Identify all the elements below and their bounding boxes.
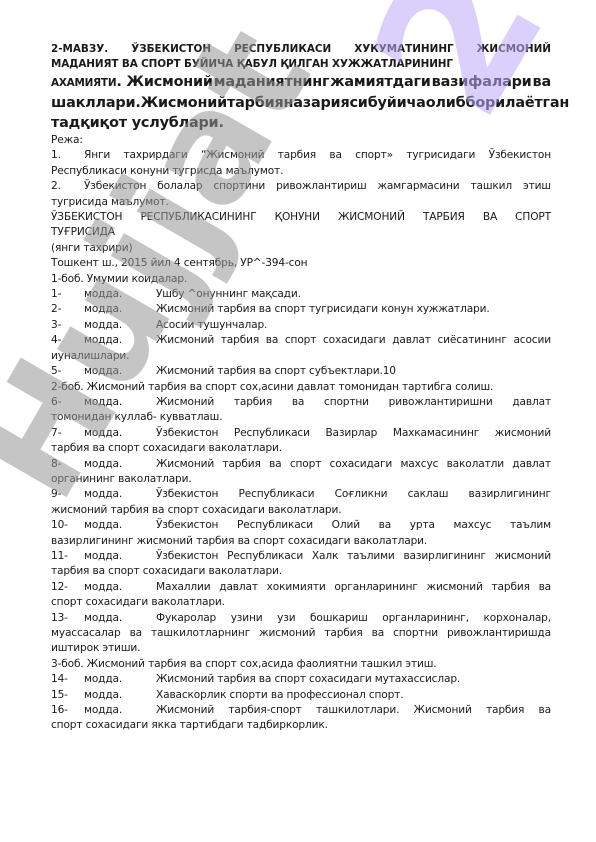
word: сиёсатининг xyxy=(437,333,506,348)
word: борилаётган xyxy=(465,93,569,113)
word: таълим xyxy=(510,518,551,533)
word: Ўзбекистон xyxy=(156,426,218,441)
article-number: 8- xyxy=(51,457,84,472)
article-number: 7- xyxy=(51,426,84,441)
word: СПОРТ xyxy=(515,210,551,225)
plan-item-text: Янгитахрирдаги“Жисмонийтарбияваспорт»туг… xyxy=(84,148,551,163)
word: Вазирлар xyxy=(325,426,377,441)
article-word: модда. xyxy=(84,318,156,333)
article-number: 5- xyxy=(51,364,84,379)
article-title: Жисмоний тарбия ва спорт сохасидаги мута… xyxy=(156,672,551,687)
word: вазирлигининг xyxy=(403,549,485,564)
article-continuation: тарбия ва спорт сохасидаги ваколатлари. xyxy=(51,564,551,579)
article-word: модда. xyxy=(84,518,156,533)
word: Янги xyxy=(84,148,110,163)
word: тарбия xyxy=(324,626,362,641)
word: жисмоний xyxy=(495,426,551,441)
word: ва xyxy=(539,703,551,718)
word: вазифалари xyxy=(432,72,532,93)
word: Республикаси xyxy=(234,426,310,441)
word: Жисмоний xyxy=(414,703,472,718)
heading-line-5: тадқиқот услублари. xyxy=(51,113,551,133)
article-title: Асосии тушунчалар. xyxy=(156,318,551,333)
word: махсус xyxy=(400,457,438,472)
word: Жисмоний xyxy=(156,395,214,410)
article-row: 9-модда.ЎзбекистонРеспубликасиСоғликниса… xyxy=(51,487,551,502)
word: Ўзбекистон xyxy=(156,549,218,564)
article-row: 4-модда.Жисмонийтарбияваспортсохасидагид… xyxy=(51,333,551,348)
article-row: 12-модда.Махаллиидавлатхокимиятиорганлар… xyxy=(51,580,551,595)
chapters: 1-боб. Умумии коидалар.1-модда.Ушбу ^ону… xyxy=(51,272,551,734)
word: саклаш xyxy=(408,487,449,502)
article-number: 4- xyxy=(51,333,84,348)
word: тарбия-спорт xyxy=(228,703,301,718)
article-word: модда. xyxy=(84,487,156,502)
word: этиш xyxy=(523,179,551,194)
word: спортни xyxy=(324,395,369,410)
article-title: ЎзбекистонРеспубликасиВазирларМахкамасин… xyxy=(156,426,551,441)
article-continuation: иуналишлари. xyxy=(51,349,551,364)
document-body: Режа: 1.Янгитахрирдаги“Жисмонийтарбиявас… xyxy=(51,133,551,734)
article-title: Махаллиидавлатхокимиятиорганларинингжисм… xyxy=(156,580,551,595)
heading-line-3: АХАМИЯТИ. Жисмониймаданиятнингжамиятдаги… xyxy=(51,72,551,93)
word: Махаллии xyxy=(156,580,211,595)
article-title: Жисмоний тарбия ва спорт субъектлари.10 xyxy=(156,364,551,379)
word: Фукаролар xyxy=(156,611,216,626)
word: таълими xyxy=(347,549,395,564)
article-word: модда. xyxy=(84,611,156,626)
word: ва xyxy=(130,626,142,641)
article-row: 5-модда.Жисмоний тарбия ва спорт субъект… xyxy=(51,364,551,379)
law-title-line-2: ТУҒРИСИДА xyxy=(51,225,551,240)
article-number: 3- xyxy=(51,318,84,333)
plan-item-number: 2. xyxy=(51,179,84,194)
word: ташкилотларнинг xyxy=(151,626,250,641)
word: ва xyxy=(533,72,551,93)
law-edition: (янги тахрири) xyxy=(51,241,551,256)
word: сохасидаги xyxy=(323,333,386,348)
heading-line-4: шакллари.Жисмонийтарбияназариясибуйичаол… xyxy=(51,93,551,113)
word: ваколатли xyxy=(447,457,504,472)
word: Ўзбекистон xyxy=(156,518,218,533)
article-word: модда. xyxy=(84,333,156,348)
word: тарбия xyxy=(486,703,524,718)
word: давлат xyxy=(512,395,551,410)
article-title: Жисмонийтарбияваспортсохасидагимахсусвак… xyxy=(156,457,551,472)
article-row: 3-модда.Асосии тушунчалар. xyxy=(51,318,551,333)
article-word: модда. xyxy=(84,302,156,317)
word: давлат xyxy=(219,580,258,595)
article-continuation: жисмоний тарбия ва спорт сохасидаги вако… xyxy=(51,503,551,518)
word: тарбия xyxy=(221,333,259,348)
article-word: модда. xyxy=(84,688,156,703)
article-continuation: спорт сохасидаги ваколатлари. xyxy=(51,595,551,610)
word: тарбия xyxy=(227,93,284,113)
word: тарбия xyxy=(278,148,316,163)
word: Ўзбекистон xyxy=(489,148,551,163)
article-continuation: спорт сохасидаги якка тартибдаги тадбирк… xyxy=(51,718,551,733)
article-word: модда. xyxy=(84,703,156,718)
word: ЎЗБЕКИСТОН xyxy=(131,42,211,57)
plan-label: Режа: xyxy=(51,133,551,148)
article-title: Жисмонийтарбияваспортниривожлантиришнида… xyxy=(156,395,551,410)
word: ташкил xyxy=(471,179,513,194)
plan-item-continuation: Республикаси конуни тугрисда маълумот. xyxy=(51,164,551,179)
article-continuation: иштирок этиши. xyxy=(51,641,551,656)
article-word: модда. xyxy=(84,549,156,564)
word: жисмоний xyxy=(495,549,551,564)
word: органларининг xyxy=(334,580,417,595)
article-continuation: тарбия ва спорт сохасидаги ваколатлари. xyxy=(51,441,551,456)
word: ривожлантириш xyxy=(276,179,366,194)
article-title: ЎзбекистонРеспубликасиХалктаълимивазирли… xyxy=(156,549,551,564)
article-number: 12- xyxy=(51,580,84,595)
article-number: 6- xyxy=(51,395,84,410)
article-row: 2-модда.Жисмоний тарбия ва спорт тугриси… xyxy=(51,302,551,317)
word: олиб xyxy=(426,93,466,113)
article-continuation: органининг ваколатлари. xyxy=(51,472,551,487)
word: ва xyxy=(329,148,341,163)
word: жамгармасини xyxy=(378,179,460,194)
article-word: модда. xyxy=(84,364,156,379)
plan-item: 1.Янгитахрирдаги“Жисмонийтарбияваспорт»т… xyxy=(51,148,551,163)
article-word: модда. xyxy=(84,287,156,302)
article-row: 11-модда.ЎзбекистонРеспубликасиХалктаъли… xyxy=(51,549,551,564)
word: жисмоний xyxy=(259,626,315,641)
article-word: модда. xyxy=(84,395,156,410)
word: тарбия xyxy=(222,457,260,472)
article-title: Жисмонийтарбия-спортташкилотлари.Жисмони… xyxy=(156,703,551,718)
article-title: ЎзбекистонРеспубликасиОлийвауртамахсуста… xyxy=(156,518,551,533)
word: ривожлантиришда xyxy=(447,626,551,641)
plan-item-text: Ўзбекистонболаларспортиниривожлантиришжа… xyxy=(84,179,551,194)
word: ва xyxy=(292,395,304,410)
article-number: 2- xyxy=(51,302,84,317)
word: ва xyxy=(269,457,281,472)
plan-item: 2.Ўзбекистонболаларспортиниривожлантириш… xyxy=(51,179,551,194)
article-title: Жисмоний тарбия ва спорт тугрисидаги кон… xyxy=(156,302,551,317)
article-title: Ушбу ^онуннинг мақсади. xyxy=(156,287,551,302)
word: сохасидаги xyxy=(330,457,393,472)
word: ЖИСМОНИЙ xyxy=(338,210,405,225)
plan-list: 1.Янгитахрирдаги“Жисмонийтарбияваспорт»т… xyxy=(51,148,551,210)
article-row: 13-модда.Фукароларузиниузибошкаришорганл… xyxy=(51,611,551,626)
word: бошкариш xyxy=(310,611,368,626)
heading-line-2: МАДАНИЯТ ВА СПОРТ БУЙИЧА ҚАБУЛ ҚИЛГАН ХУ… xyxy=(51,57,551,72)
article-word: модда. xyxy=(84,580,156,595)
law-title: ЎЗБЕКИСТОНРЕСПУБЛИКАСИНИНГҚОНУНИЖИСМОНИЙ… xyxy=(51,210,551,225)
article-title: Фукароларузиниузибошкаришорганларининг,к… xyxy=(156,611,551,626)
word: тахрирдаги xyxy=(124,148,188,163)
word: Жисмоний xyxy=(156,333,214,348)
word: Соғликни xyxy=(335,487,388,502)
word: болалар xyxy=(157,179,202,194)
word: Олий xyxy=(332,518,360,533)
article-row: 16-модда.Жисмонийтарбия-спортташкилотлар… xyxy=(51,703,551,718)
article-row: 15-модда.Хаваскорлик спорти ва профессио… xyxy=(51,688,551,703)
heading-word: АХАМИЯТИ. Жисмоний xyxy=(51,72,213,93)
word: жисмоний xyxy=(427,580,483,595)
word: корхоналар, xyxy=(483,611,550,626)
word: ВА xyxy=(483,210,497,225)
word: хокимияти xyxy=(267,580,326,595)
word: органларининг, xyxy=(382,611,469,626)
word: тарбия xyxy=(234,395,272,410)
word: давлат xyxy=(512,457,551,472)
word: давлат xyxy=(392,333,431,348)
chapter-title: 2-боб. Жисмоний тарбия ва спорт сох,асин… xyxy=(51,380,551,395)
document-page: 2-МАВЗУ.ЎЗБЕКИСТОНРЕСПУБЛИКАСИХУКУМАТИНИ… xyxy=(51,42,551,734)
word: узини xyxy=(231,611,263,626)
article-title: Жисмонийтарбияваспортсохасидагидавлатсиё… xyxy=(156,333,551,348)
word: Республикаси xyxy=(239,487,315,502)
article-continuation: вазирлигининг жисмоний тарбия ва спорт с… xyxy=(51,534,551,549)
word: Ўзбекистон xyxy=(84,179,146,194)
word: ва xyxy=(379,518,391,533)
word: буйича xyxy=(368,93,426,113)
law-date-line: Тошкент ш., 2015 йил 4 сентябрь, УР^-394… xyxy=(51,256,551,271)
word: ташкилотлари. xyxy=(316,703,399,718)
word: Махкамасининг xyxy=(393,426,479,441)
word: ва xyxy=(539,580,551,595)
word: ва xyxy=(266,333,278,348)
word: РЕСПУБЛИКАСИНИНГ xyxy=(140,210,256,225)
word: муассасалар xyxy=(51,626,121,641)
article-number: 10- xyxy=(51,518,84,533)
article-continuation: томонидан куллаб- кувватлаш. xyxy=(51,410,551,425)
word: махсус xyxy=(454,518,492,533)
word: ЖИСМОНИЙ xyxy=(477,42,551,57)
word: Жисмоний xyxy=(141,93,227,113)
article-title: ЎзбекистонРеспубликасиСоғликнисаклашвази… xyxy=(156,487,551,502)
word: Жисмоний xyxy=(156,457,214,472)
word: спортини xyxy=(213,179,265,194)
article-number: 14- xyxy=(51,672,84,687)
plan-item-number: 1. xyxy=(51,148,84,163)
article-title: Хаваскорлик спорти ва профессионал спорт… xyxy=(156,688,551,703)
word: вазирлигининг xyxy=(469,487,551,502)
word: Республикаси xyxy=(227,549,303,564)
word: маданиятнинг xyxy=(214,72,330,93)
article-continuation: муассасаларваташкилотларнингжисмонийтарб… xyxy=(51,626,551,641)
word: узи xyxy=(277,611,295,626)
word: Республикаси xyxy=(237,518,313,533)
heading-small-caps: АХАМИЯТИ xyxy=(51,77,116,89)
plan-item-continuation: тугрисида маълумот. xyxy=(51,195,551,210)
article-row: 7-модда.ЎзбекистонРеспубликасиВазирларМа… xyxy=(51,426,551,441)
word: Халк xyxy=(312,549,338,564)
word: Ўзбекистон xyxy=(156,487,218,502)
article-row: 1-модда.Ушбу ^онуннинг мақсади. xyxy=(51,287,551,302)
chapter-title: 3-боб. Жисмоний тарбия ва спорт сох,асид… xyxy=(51,657,551,672)
word: тарбия xyxy=(492,580,530,595)
word: асосии xyxy=(513,333,551,348)
word: Жисмоний xyxy=(156,703,214,718)
word: шакллари. xyxy=(51,93,141,113)
article-word: модда. xyxy=(84,426,156,441)
word: ривожлантиришни xyxy=(389,395,493,410)
word: ва xyxy=(372,626,384,641)
article-number: 9- xyxy=(51,487,84,502)
article-number: 1- xyxy=(51,287,84,302)
word: РЕСПУБЛИКАСИ xyxy=(234,42,331,57)
word: спорт xyxy=(285,333,316,348)
word: урта xyxy=(410,518,435,533)
article-number: 11- xyxy=(51,549,84,564)
heading-line-1: 2-МАВЗУ.ЎЗБЕКИСТОНРЕСПУБЛИКАСИХУКУМАТИНИ… xyxy=(51,42,551,57)
article-row: 8-модда.Жисмонийтарбияваспортсохасидагим… xyxy=(51,457,551,472)
article-number: 16- xyxy=(51,703,84,718)
word: ТАРБИЯ xyxy=(423,210,465,225)
word: спорт xyxy=(290,457,321,472)
word: ҚОНУНИ xyxy=(275,210,320,225)
article-row: 10-модда.ЎзбекистонРеспубликасиОлийваурт… xyxy=(51,518,551,533)
word: 2-МАВЗУ. xyxy=(51,42,108,57)
word: ЎЗБЕКИСТОН xyxy=(51,210,122,225)
word: жамиятдаги xyxy=(330,72,430,93)
word: назарияси xyxy=(284,93,368,113)
article-row: 14-модда.Жисмоний тарбия ва спорт сохаси… xyxy=(51,672,551,687)
chapter-title: 1-боб. Умумии коидалар. xyxy=(51,272,551,287)
article-word: модда. xyxy=(84,672,156,687)
article-number: 13- xyxy=(51,611,84,626)
word: тугрисидаги xyxy=(406,148,475,163)
word: ХУКУМАТИНИНГ xyxy=(354,42,453,57)
word: “Жисмоний xyxy=(201,148,264,163)
article-number: 15- xyxy=(51,688,84,703)
word: спортни xyxy=(393,626,438,641)
article-word: модда. xyxy=(84,457,156,472)
article-row: 6-модда.Жисмонийтарбияваспортниривожлант… xyxy=(51,395,551,410)
word: спорт» xyxy=(355,148,393,163)
